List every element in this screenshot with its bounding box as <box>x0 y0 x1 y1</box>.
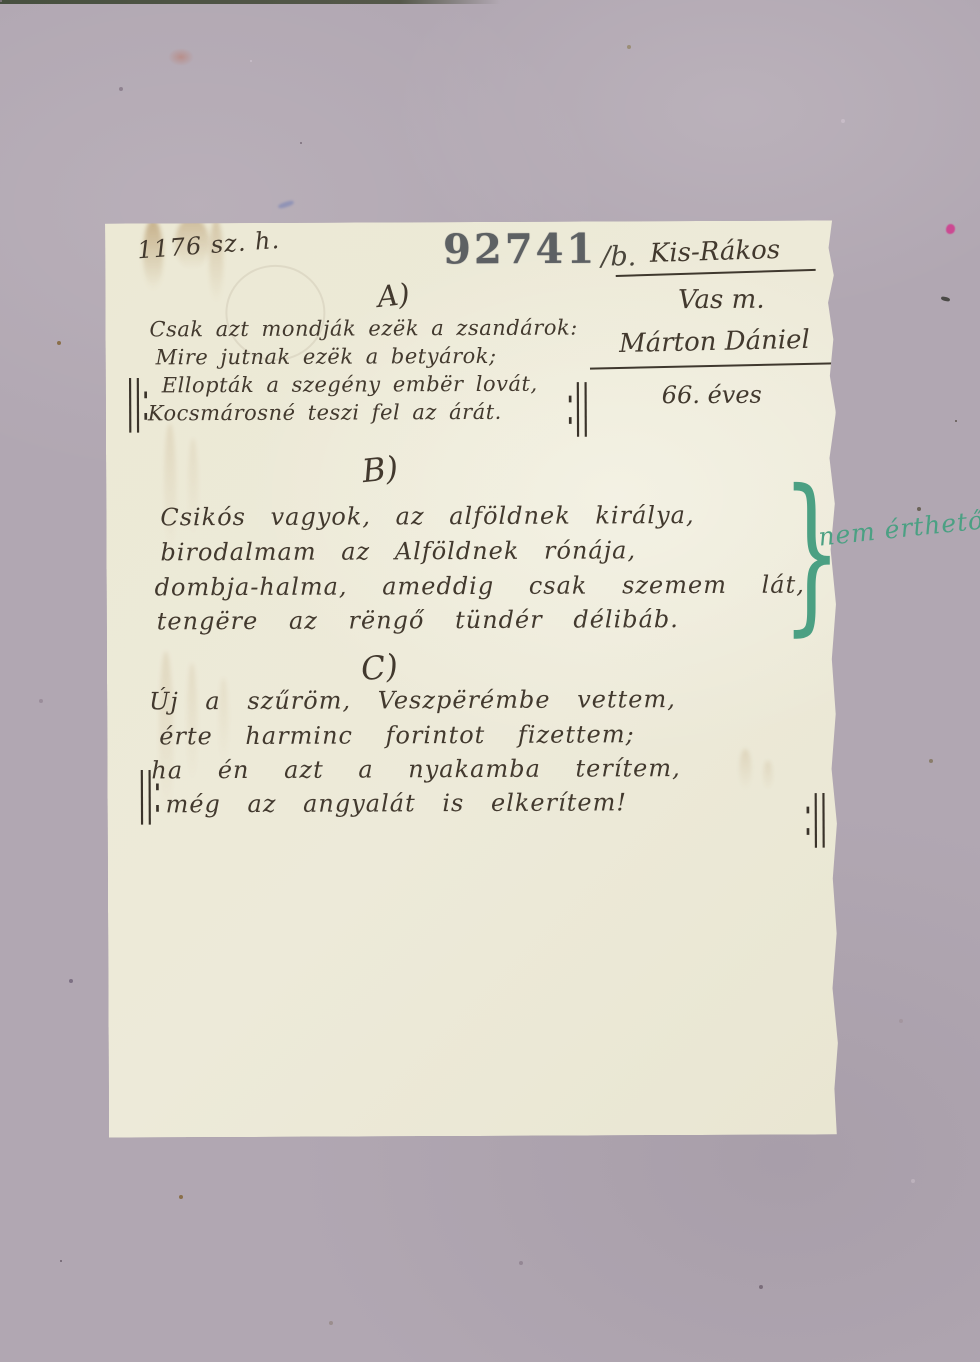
location-name: Kis-Rákos <box>615 234 816 277</box>
verse-line: ha én azt a nyakamba terítem, <box>151 754 680 784</box>
informant-name: Márton Dániel <box>589 324 840 369</box>
album-mat-background: 1176 sz. h. 92741 /b. Kis-Rákos Vas m. M… <box>0 0 980 1362</box>
verse-line: birodalmam az Alföldnek rónája, <box>160 536 636 566</box>
stain <box>164 423 177 553</box>
stain <box>763 761 772 791</box>
verse-line: még az angyalát is elkerítem! <box>165 788 627 818</box>
magenta-ink-speck <box>946 224 955 234</box>
mat-fiber-specks <box>0 0 2 2</box>
repeat-open-mark: ||: <box>126 371 150 434</box>
dark-ink-speck <box>941 296 951 302</box>
blue-pencil-mark <box>278 200 295 210</box>
informant-age: 66. éves <box>662 381 762 409</box>
repeat-open-mark: ||: <box>137 763 161 826</box>
county-name: Vas m. <box>641 285 801 316</box>
archive-stamp: 92741 /b. <box>443 225 636 273</box>
manuscript-sheet: 1176 sz. h. 92741 /b. Kis-Rákos Vas m. M… <box>105 220 839 1137</box>
repeat-close-mark: :|| <box>566 375 590 438</box>
section-c-label: C) <box>359 647 400 689</box>
repeat-close-mark: :|| <box>803 786 827 849</box>
verse-line: tengëre az rëngő tündér délibáb. <box>157 605 679 635</box>
verse-line: Kocsmárosné teszi fel az árát. <box>148 400 502 426</box>
section-a-label: A) <box>376 277 412 314</box>
verse-line: Mire jutnak ezëk a betyárok; <box>156 344 497 369</box>
rust-smudge <box>168 48 194 66</box>
page-top-edge-shadow <box>0 0 500 4</box>
verse-line: Ellopták a szegény embër lovát, <box>162 372 538 398</box>
verse-line: érte harminc forintot fizettem; <box>159 720 635 750</box>
stain <box>739 749 751 791</box>
stamp-number: 92741 <box>443 225 597 274</box>
verse-line: Új a szűröm, Veszpërémbe vettem, <box>149 685 676 715</box>
section-b-label: B) <box>360 449 400 491</box>
green-brace-mark: } <box>782 478 841 628</box>
verse-line: Csak azt mondják ezëk a zsandárok: <box>149 316 577 342</box>
verse-line: Csikós vagyok, az alföldnek királya, <box>160 501 694 531</box>
verse-line: dombja-halma, ameddig csak szemem lát, <box>155 571 805 602</box>
